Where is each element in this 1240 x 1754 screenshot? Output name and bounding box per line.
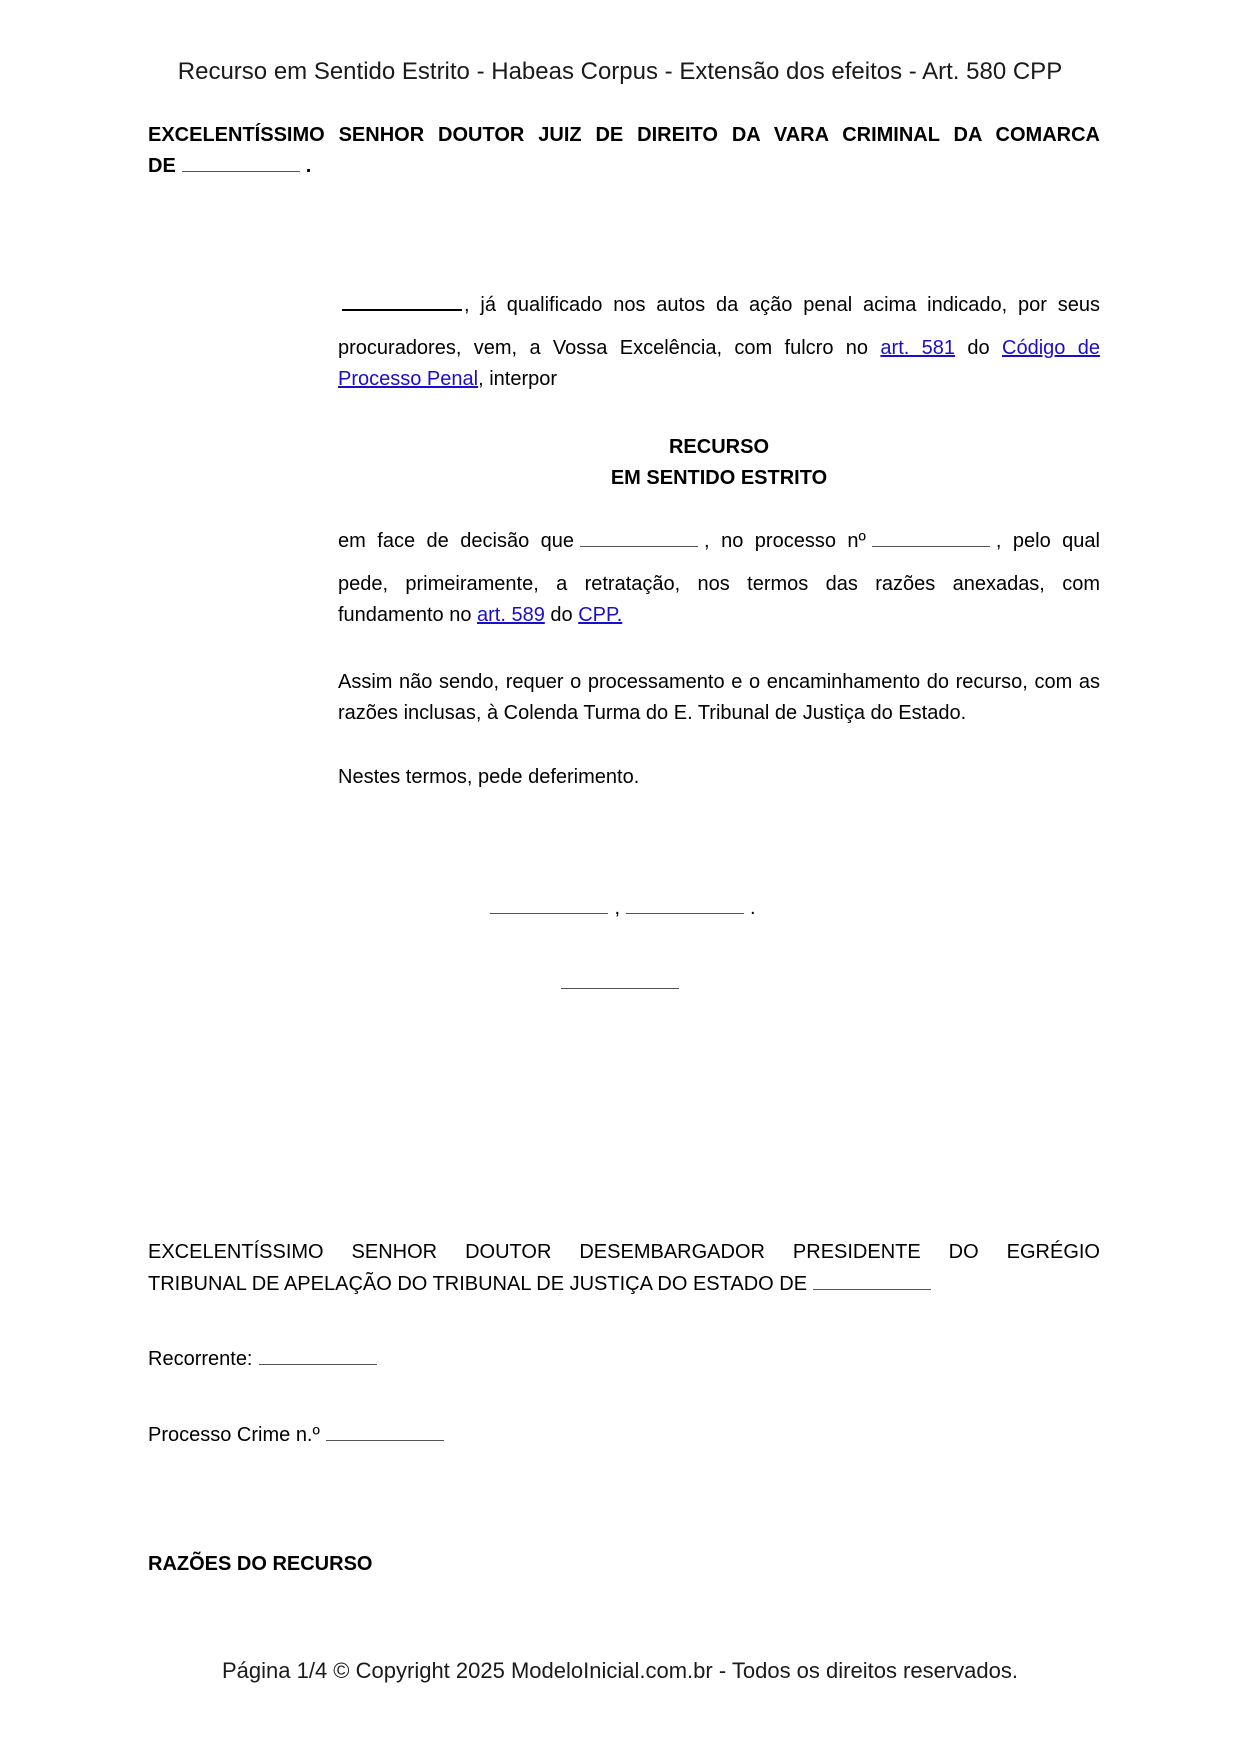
intro-text-4: , interpor [478, 368, 557, 390]
date-line-end: . [750, 897, 756, 919]
recurso-heading-line1: RECURSO [338, 432, 1100, 463]
decision-paragraph: em face de decisão que, no processo nº, … [338, 526, 1100, 631]
comarca-blank [182, 153, 300, 172]
decision-text-3: , pelo qual [996, 530, 1100, 552]
link-cpp[interactable]: CPP. [578, 604, 622, 626]
page-title: Recurso em Sentido Estrito - Habeas Corp… [0, 58, 1240, 86]
appellate-court-address: EXCELENTÍSSIMO SENHOR DOUTOR DESEMBARGAD… [148, 1236, 1100, 1300]
link-art-581[interactable]: art. 581 [880, 337, 955, 359]
appellate-court-line2: TRIBUNAL DE APELAÇÃO DO TRIBUNAL DE JUST… [148, 1273, 807, 1295]
recurso-heading: RECURSO EM SENTIDO ESTRITO [338, 432, 1100, 494]
decision-text-4: pede, primeiramente, a retratação, nos t… [338, 573, 1100, 626]
decision-text-5: do [545, 604, 578, 626]
state-blank [813, 1271, 931, 1290]
process-number-blank [872, 528, 990, 547]
place-blank [490, 895, 608, 914]
processo-field: Processo Crime n.º [148, 1422, 450, 1447]
intro-text-2: procuradores, vem, a Vossa Excelência, c… [338, 337, 880, 359]
recorrente-blank [259, 1346, 377, 1365]
date-blank [626, 895, 744, 914]
page-footer: Página 1/4 © Copyright 2025 ModeloInicia… [0, 1658, 1240, 1684]
intro-text-3: do [955, 337, 1002, 359]
decision-text-2: , no processo nº [704, 530, 866, 552]
court-address: EXCELENTÍSSIMO SENHOR DOUTOR JUIZ DE DIR… [148, 120, 1100, 182]
recurso-heading-line2: EM SENTIDO ESTRITO [338, 463, 1100, 494]
link-art-589[interactable]: art. 589 [477, 604, 545, 626]
razoes-heading: RAZÕES DO RECURSO [148, 1553, 372, 1576]
place-date-line: ,. [0, 895, 1240, 920]
signature-blank [561, 970, 679, 989]
recorrente-field: Recorrente: [148, 1346, 383, 1371]
court-address-prefix: DE [148, 155, 176, 177]
court-address-line1: EXCELENTÍSSIMO SENHOR DOUTOR JUIZ DE DIR… [148, 120, 1100, 151]
place-date-separator: , [614, 897, 620, 919]
signature-line [0, 970, 1240, 995]
closing-paragraph: Nestes termos, pede deferimento. [338, 762, 1100, 793]
decision-blank [580, 528, 698, 547]
appellate-court-line1: EXCELENTÍSSIMO SENHOR DOUTOR DESEMBARGAD… [148, 1236, 1100, 1268]
court-address-suffix: . [306, 155, 312, 177]
party-name-blank [342, 291, 462, 311]
intro-text-1: , já qualificado nos autos da ação penal… [464, 294, 1100, 316]
intro-paragraph: , já qualificado nos autos da ação penal… [338, 290, 1100, 395]
processo-label: Processo Crime n.º [148, 1424, 320, 1446]
request-paragraph: Assim não sendo, requer o processamento … [338, 667, 1100, 729]
processo-blank [326, 1422, 444, 1441]
decision-text-1: em face de decisão que [338, 530, 574, 552]
recorrente-label: Recorrente: [148, 1348, 253, 1370]
